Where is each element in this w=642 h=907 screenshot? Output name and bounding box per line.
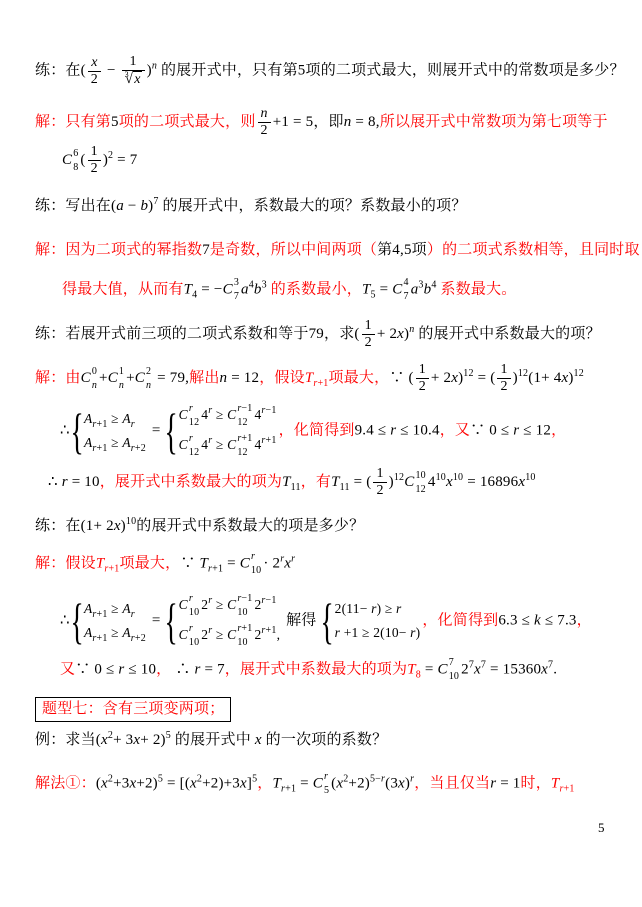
text-run: 5−	[370, 773, 381, 784]
text-run: r	[131, 419, 135, 430]
text-run: 1	[419, 362, 426, 377]
subscript: r+2	[131, 633, 146, 644]
text-run: +1 ≥ 2(10−	[340, 625, 410, 640]
text-run: C	[179, 597, 188, 612]
text-run: A	[122, 625, 130, 640]
superscript: r+1	[261, 625, 276, 636]
text-run: 的一次项的系数？	[262, 732, 388, 748]
text-run: 10	[237, 607, 247, 618]
subscript: r+1	[104, 563, 119, 574]
text-run: 10	[189, 637, 199, 648]
stack-superscript: r−1	[237, 404, 252, 414]
text-run: 4	[404, 277, 409, 288]
text-run: 11	[340, 482, 350, 493]
script-stack: r10	[251, 552, 261, 576]
solution-7: 解法①：(x2+3x+2)5 = [(x2+2)+3x]5，Tr+1 = Cr5…	[35, 772, 575, 796]
text-run: ≤ 10	[124, 661, 156, 677]
text-run: +	[126, 370, 135, 386]
text-run: b	[254, 281, 262, 297]
superscript: 10	[453, 472, 463, 483]
text-run: r	[189, 593, 193, 604]
text-run: T	[199, 555, 208, 571]
text-run: +1	[266, 435, 277, 446]
text-run: = 1	[496, 775, 520, 791]
subscript: r+1	[92, 419, 107, 430]
text-run: ，	[577, 612, 592, 628]
superscript: r−1	[261, 405, 276, 416]
fraction: 13√x	[122, 54, 145, 88]
text-run: 2	[500, 379, 507, 394]
stack-superscript: 3	[234, 278, 239, 288]
subscript: r+1	[208, 563, 223, 574]
text-run: −1	[266, 405, 277, 416]
text-run: x	[541, 661, 548, 677]
text-run: x	[474, 661, 481, 677]
stack-subscript: 10	[237, 638, 247, 648]
cases-rows: 2(11− r) ≥ rr +1 ≥ 2(10− r)	[335, 600, 421, 642]
text-run: ≤ 12	[519, 422, 551, 438]
cases-group: {Ar+1 ≥ ArAr+1 ≥ Ar+2	[72, 600, 146, 643]
text-run: ≥	[108, 411, 123, 426]
fraction: 12	[416, 362, 429, 395]
solution-4c: 又∵ 0 ≤ r ≤ 10， ∴ r = 7，展开式中系数最大的项为T8 = C…	[60, 658, 557, 682]
text-run: 2	[261, 123, 268, 138]
text-run: ≥	[212, 627, 227, 642]
superscript: 10	[525, 472, 535, 483]
text-run: +3	[113, 775, 129, 791]
text-run: +1	[266, 625, 277, 636]
text-run: n	[146, 380, 151, 391]
script-stack: r10	[189, 624, 199, 648]
text-run: r	[324, 771, 328, 782]
text-run: =	[223, 555, 240, 571]
text-run: 练：在(1+ 2	[35, 518, 114, 534]
text-run: x	[398, 775, 405, 791]
stack-subscript: 12	[189, 448, 199, 458]
text-run: 7	[404, 291, 409, 302]
text-run: 10	[251, 565, 261, 576]
text-run: 1	[376, 466, 383, 481]
text-run: 10	[189, 607, 199, 618]
stack-subscript: n	[92, 381, 97, 391]
text-run: +2)+3	[202, 775, 240, 791]
fraction-denominator: 2	[88, 71, 101, 88]
text-run: (3	[385, 775, 398, 791]
text-run: 的系数最小，	[267, 281, 362, 297]
stack-subscript: 10	[237, 608, 247, 618]
text-run: 解：只有第	[35, 114, 111, 130]
stack-subscript: 10	[189, 608, 199, 618]
cases-row: Cr102r ≥ Cr+1102r+1,	[179, 624, 280, 648]
text-run: ，当且仅当	[414, 775, 490, 791]
fraction-numerator: 1	[416, 362, 429, 378]
text-run: 10	[436, 472, 446, 483]
subscript: r	[131, 609, 135, 620]
text-run: x	[101, 732, 108, 748]
text-run: 解得	[282, 612, 320, 628]
text-run: C	[179, 627, 188, 642]
text-run: = 16896	[463, 474, 518, 490]
text-run: 10	[126, 516, 136, 527]
stack-superscript: 2	[146, 367, 151, 377]
text-run: T	[331, 474, 340, 490]
text-run: T	[407, 661, 416, 677]
text-run: ≤ 7.3	[541, 612, 577, 628]
text-run: 2	[91, 72, 98, 87]
stack-superscript: 1	[119, 367, 124, 377]
solution-1: 解：只有第5项的二项式最大，则n2+1 = 5，即n = 8,所以展开式中常数项…	[35, 106, 608, 139]
cases-row: Ar+1 ≥ Ar	[84, 410, 146, 428]
text-run: 解：由	[35, 370, 81, 386]
text-run: C	[227, 627, 236, 642]
fraction-denominator: 2	[416, 378, 429, 395]
text-run: ∵ (	[389, 370, 413, 386]
text-run: 又	[60, 661, 75, 677]
text-run: x	[114, 518, 121, 534]
text-run: x	[190, 775, 197, 791]
text-run: 解：假设	[35, 555, 96, 571]
solution-4b: ∴{Ar+1 ≥ ArAr+1 ≥ Ar+2 = {Cr102r ≥ Cr−11…	[60, 594, 592, 648]
left-brace-icon: {	[321, 600, 334, 643]
fraction: 12	[362, 318, 375, 351]
text-run: ，化简得到	[279, 422, 355, 438]
stack-superscript: r	[189, 434, 193, 444]
text-run: 系数最大。	[437, 281, 517, 297]
text-run: n	[119, 380, 124, 391]
text-run: (1+ 4	[528, 370, 561, 386]
text-run: +1	[317, 378, 328, 389]
stack-subscript: 12	[415, 485, 425, 495]
superscript: 10	[126, 516, 136, 527]
text-run: = (	[350, 474, 372, 490]
text-run: 2(11−	[335, 601, 371, 616]
subscript: 11	[340, 482, 350, 493]
text-run: 12	[237, 447, 247, 458]
text-run: C	[438, 661, 448, 677]
text-run: 2	[91, 161, 98, 176]
text-run: C	[179, 407, 188, 422]
text-run: +1	[108, 563, 119, 574]
script-stack: r+112	[237, 434, 252, 458]
text-run: ，有	[301, 474, 331, 490]
superscript: 12	[394, 472, 404, 483]
text-run: +2	[135, 443, 146, 454]
text-run: = −	[197, 281, 222, 297]
text-run: 项的二项式最大，则	[119, 114, 256, 130]
cases-row: 2(11− r) ≥ r	[335, 600, 421, 618]
text-run: k	[534, 612, 541, 628]
script-stack: r−112	[237, 404, 252, 428]
fraction-numerator: n	[258, 106, 271, 122]
text-run: n	[261, 106, 268, 121]
superscript: 5−r	[370, 773, 385, 784]
text-run: C	[227, 597, 236, 612]
script-stack: r12	[189, 404, 199, 428]
stack-superscript: 6	[73, 149, 78, 159]
text-run: ，	[156, 661, 171, 677]
subscript: r+2	[131, 443, 146, 454]
text-run: 8	[73, 162, 78, 173]
solution-4a: 解：假设Tr+1项最大，∵ Tr+1 = Cr10· 2rxr	[35, 552, 295, 576]
text-run: +1	[285, 783, 296, 794]
superscript: r	[291, 553, 295, 564]
fraction: n2	[258, 106, 271, 139]
text-run: 解法①：	[35, 775, 96, 791]
text-run: x	[397, 326, 404, 342]
text-run: +2	[135, 633, 146, 644]
text-run: + 2)	[140, 732, 166, 748]
text-run: r	[189, 433, 193, 444]
text-run: ,	[277, 627, 281, 642]
radicand: x	[133, 71, 141, 88]
text-run: +2)	[136, 775, 158, 791]
text-run: ∵ 0 ≤	[75, 661, 118, 677]
text-run: 1	[91, 144, 98, 159]
text-run: 1	[129, 54, 136, 69]
text-run: ≥	[212, 597, 227, 612]
text-run: x	[101, 775, 108, 791]
text-run: a	[116, 198, 124, 214]
text-run: ∵ 0 ≤	[470, 422, 513, 438]
text-run: =	[148, 422, 165, 438]
script-stack: 0n	[92, 367, 97, 391]
text-run: 12	[394, 472, 404, 483]
text-run: T	[362, 281, 371, 297]
text-run: 5	[298, 63, 306, 79]
fraction: 12	[373, 466, 386, 499]
text-run: x	[255, 732, 262, 748]
text-run: .	[553, 661, 557, 677]
text-run: = 79,	[153, 370, 189, 386]
stack-subscript: 10	[251, 566, 261, 576]
fraction-numerator: 1	[373, 466, 386, 482]
text-run: = (	[474, 370, 496, 386]
text-run: +1	[241, 433, 252, 444]
stack-subscript: 8	[73, 163, 78, 173]
subscript: r+1	[313, 378, 328, 389]
left-brace-icon: {	[165, 410, 178, 453]
stack-subscript: 10	[449, 672, 459, 682]
stack-superscript: r	[189, 404, 193, 414]
subscript: r	[131, 419, 135, 430]
superscript: 12	[463, 368, 473, 379]
text-run: · 2	[263, 555, 280, 571]
fraction-denominator: 2	[258, 122, 271, 139]
text-run: ，	[257, 775, 272, 791]
cases-row: Cr124r ≥ Cr−1124r−1	[179, 404, 277, 428]
script-stack: 2n	[146, 367, 151, 391]
text-run: 1	[365, 318, 372, 333]
text-run: 12	[189, 417, 199, 428]
text-run: 9.4 ≤	[355, 422, 391, 438]
fraction: 12	[88, 144, 101, 177]
text-run: 项最大，	[329, 370, 390, 386]
text-run: 项最大，	[120, 555, 181, 571]
text-run: 的展开式中	[171, 732, 255, 748]
subscript: r+1	[559, 783, 574, 794]
stack-subscript: 5	[324, 786, 329, 796]
text-run: T	[282, 474, 291, 490]
text-run: C	[62, 152, 72, 168]
text-run: 12	[415, 484, 425, 495]
text-run: ，展开式中系数最大的项为	[225, 661, 407, 677]
text-run: = 8,	[351, 114, 379, 130]
stack-subscript: 7	[404, 292, 409, 302]
cases-row: Cr124r ≥ Cr+1124r+1	[179, 434, 277, 458]
stack-superscript: r−1	[237, 594, 252, 604]
page-number: 5	[598, 820, 605, 836]
cases-group: {Cr102r ≥ Cr−1102r−1Cr102r ≥ Cr+1102r+1,	[166, 594, 280, 648]
text-run: +	[99, 370, 108, 386]
text-run: ，又	[440, 422, 470, 438]
fraction-numerator: 1	[126, 54, 139, 70]
stack-superscript: r	[189, 624, 193, 634]
document-page: 练：在(x2 − 13√x)n 的展开式中，只有第5项的二项式最大，则展开式中的…	[0, 0, 642, 907]
text-run: ，	[551, 422, 566, 438]
text-run: C	[81, 370, 91, 386]
text-run: = 7	[113, 152, 137, 168]
text-run: ∴	[60, 612, 70, 628]
text-run: =	[296, 775, 313, 791]
superscript: r+1	[261, 435, 276, 446]
text-run: ∴	[171, 661, 194, 677]
solution-2a: 解：因为二项式的幂指数7是奇数，所以中间两项（第4,5项）的二项式系数相等，且同…	[35, 240, 640, 260]
text-run: 3	[234, 277, 239, 288]
text-run: ，假设	[259, 370, 305, 386]
text-run: 7	[449, 657, 454, 668]
text-run: 2	[461, 661, 469, 677]
stack-subscript: n	[119, 381, 124, 391]
script-stack: r5	[324, 772, 329, 796]
script-stack: 1n	[119, 367, 124, 391]
text-run: C	[135, 370, 145, 386]
text-run: )	[416, 625, 421, 640]
cases-rows: Cr102r ≥ Cr−1102r−1Cr102r ≥ Cr+1102r+1,	[179, 594, 280, 648]
left-brace-icon: {	[70, 410, 83, 453]
text-run: C	[392, 281, 402, 297]
stack-superscript: r	[189, 594, 193, 604]
topic-7-heading: 题型七：含有三项变两项；	[35, 697, 231, 722]
text-run: 的展开式中，系数最大的项？系数最小的项？	[159, 198, 467, 214]
superscript: 12	[518, 368, 528, 379]
text-run: 解：因为二项式的幂指数	[35, 242, 202, 258]
text-run: 5	[111, 114, 119, 130]
subscript: r+1	[281, 783, 296, 794]
text-run: x	[240, 775, 247, 791]
text-run: 7	[202, 242, 210, 258]
fraction-denominator: 2	[362, 334, 375, 351]
text-run: 5	[324, 785, 329, 796]
stack-superscript: r+1	[237, 434, 252, 444]
superscript: r−1	[261, 595, 276, 606]
text-run: ≥	[212, 437, 227, 452]
solution-3c: ∴ r = 10，展开式中系数最大的项为T11，有T11 = (12)12C10…	[48, 466, 536, 499]
text-run: 10	[449, 671, 459, 682]
text-run: 第4,5项	[377, 242, 427, 258]
text-run: ≥	[108, 601, 123, 616]
text-run: a	[241, 281, 249, 297]
stack-subscript: 12	[237, 448, 247, 458]
text-run: =	[421, 661, 438, 677]
text-run: 4	[428, 474, 436, 490]
text-run: = 12	[227, 370, 259, 386]
text-run: 练：写出在(	[35, 198, 116, 214]
text-run: −1	[266, 595, 277, 606]
text-run: ≥	[108, 625, 123, 640]
text-run: C	[313, 775, 323, 791]
text-run: = 15360	[486, 661, 541, 677]
text-run: 的展开式中系数最大的项是多少？	[136, 518, 364, 534]
script-stack: r−110	[237, 594, 252, 618]
text-run: 12	[189, 447, 199, 458]
stack-superscript: 7	[449, 658, 454, 668]
text-run: 79	[309, 326, 324, 342]
text-run: 0	[92, 366, 97, 377]
fraction-denominator: 2	[88, 160, 101, 177]
text-run: 练：在(	[35, 63, 86, 79]
text-run: 练：若展开式前三项的二项式系数和等于	[35, 326, 309, 342]
solution-3a: 解：由C0n+C1n+C2n = 79,解出n = 12，假设Tr+1项最大，∵…	[35, 362, 584, 395]
text-run: C	[240, 555, 250, 571]
text-run: x	[134, 72, 140, 87]
text-run: 12	[463, 368, 473, 379]
cube-root: 3√x	[125, 71, 142, 88]
text-run: 10	[525, 472, 535, 483]
text-run: 例：求当(	[35, 732, 101, 748]
script-stack: 47	[404, 278, 409, 302]
text-run: r	[131, 609, 135, 620]
cases-group: {Cr124r ≥ Cr−1124r−1Cr124r ≥ Cr+1124r+1	[166, 404, 276, 458]
text-run: 的展开式中，只有第	[157, 63, 298, 79]
fraction-numerator: 1	[497, 362, 510, 378]
stack-subscript: 10	[189, 638, 199, 648]
cases-row: r +1 ≥ 2(10− r)	[335, 624, 421, 642]
text-run: 6.3 ≤	[498, 612, 534, 628]
text-run: 6	[73, 148, 78, 159]
superscript: 10	[436, 472, 446, 483]
text-run: +1	[241, 623, 252, 634]
text-run: + 2	[377, 326, 397, 342]
text-run: 是奇数，所以中间两项（	[210, 242, 377, 258]
text-run: 2	[419, 379, 426, 394]
stack-superscript: 4	[404, 278, 409, 288]
script-stack: 710	[449, 658, 459, 682]
text-run: 10	[453, 472, 463, 483]
cases-row: Ar+1 ≥ Ar+2	[84, 624, 146, 642]
practice-2: 练：写出在(a − b)7 的展开式中，系数最大的项？系数最小的项？	[35, 196, 467, 216]
text-run: n	[92, 380, 97, 391]
cases-rows: Cr124r ≥ Cr−1124r−1Cr124r ≥ Cr+1124r+1	[179, 404, 277, 458]
superscript: 12	[574, 368, 584, 379]
text-run: ）的二项式系数相等，且同时取	[427, 242, 640, 258]
text-run: ，求(	[324, 326, 360, 342]
stack-subscript: 12	[237, 418, 247, 428]
text-run: 10	[415, 470, 425, 481]
cases-rows: Ar+1 ≥ ArAr+1 ≥ Ar+2	[84, 410, 146, 452]
subscript: r+1	[92, 443, 107, 454]
left-brace-icon: {	[165, 600, 178, 643]
fraction-denominator: 2	[373, 482, 386, 499]
text-run: (	[80, 152, 85, 168]
script-stack: 37	[234, 278, 239, 302]
cases-group: {Ar+1 ≥ ArAr+1 ≥ Ar+2	[72, 410, 146, 453]
text-run: +1	[212, 563, 223, 574]
fraction-denominator: 2	[497, 378, 510, 395]
text-run: C	[108, 370, 118, 386]
text-run: +1	[97, 633, 108, 644]
text-run: ∴	[60, 422, 70, 438]
text-run: C	[404, 474, 414, 490]
